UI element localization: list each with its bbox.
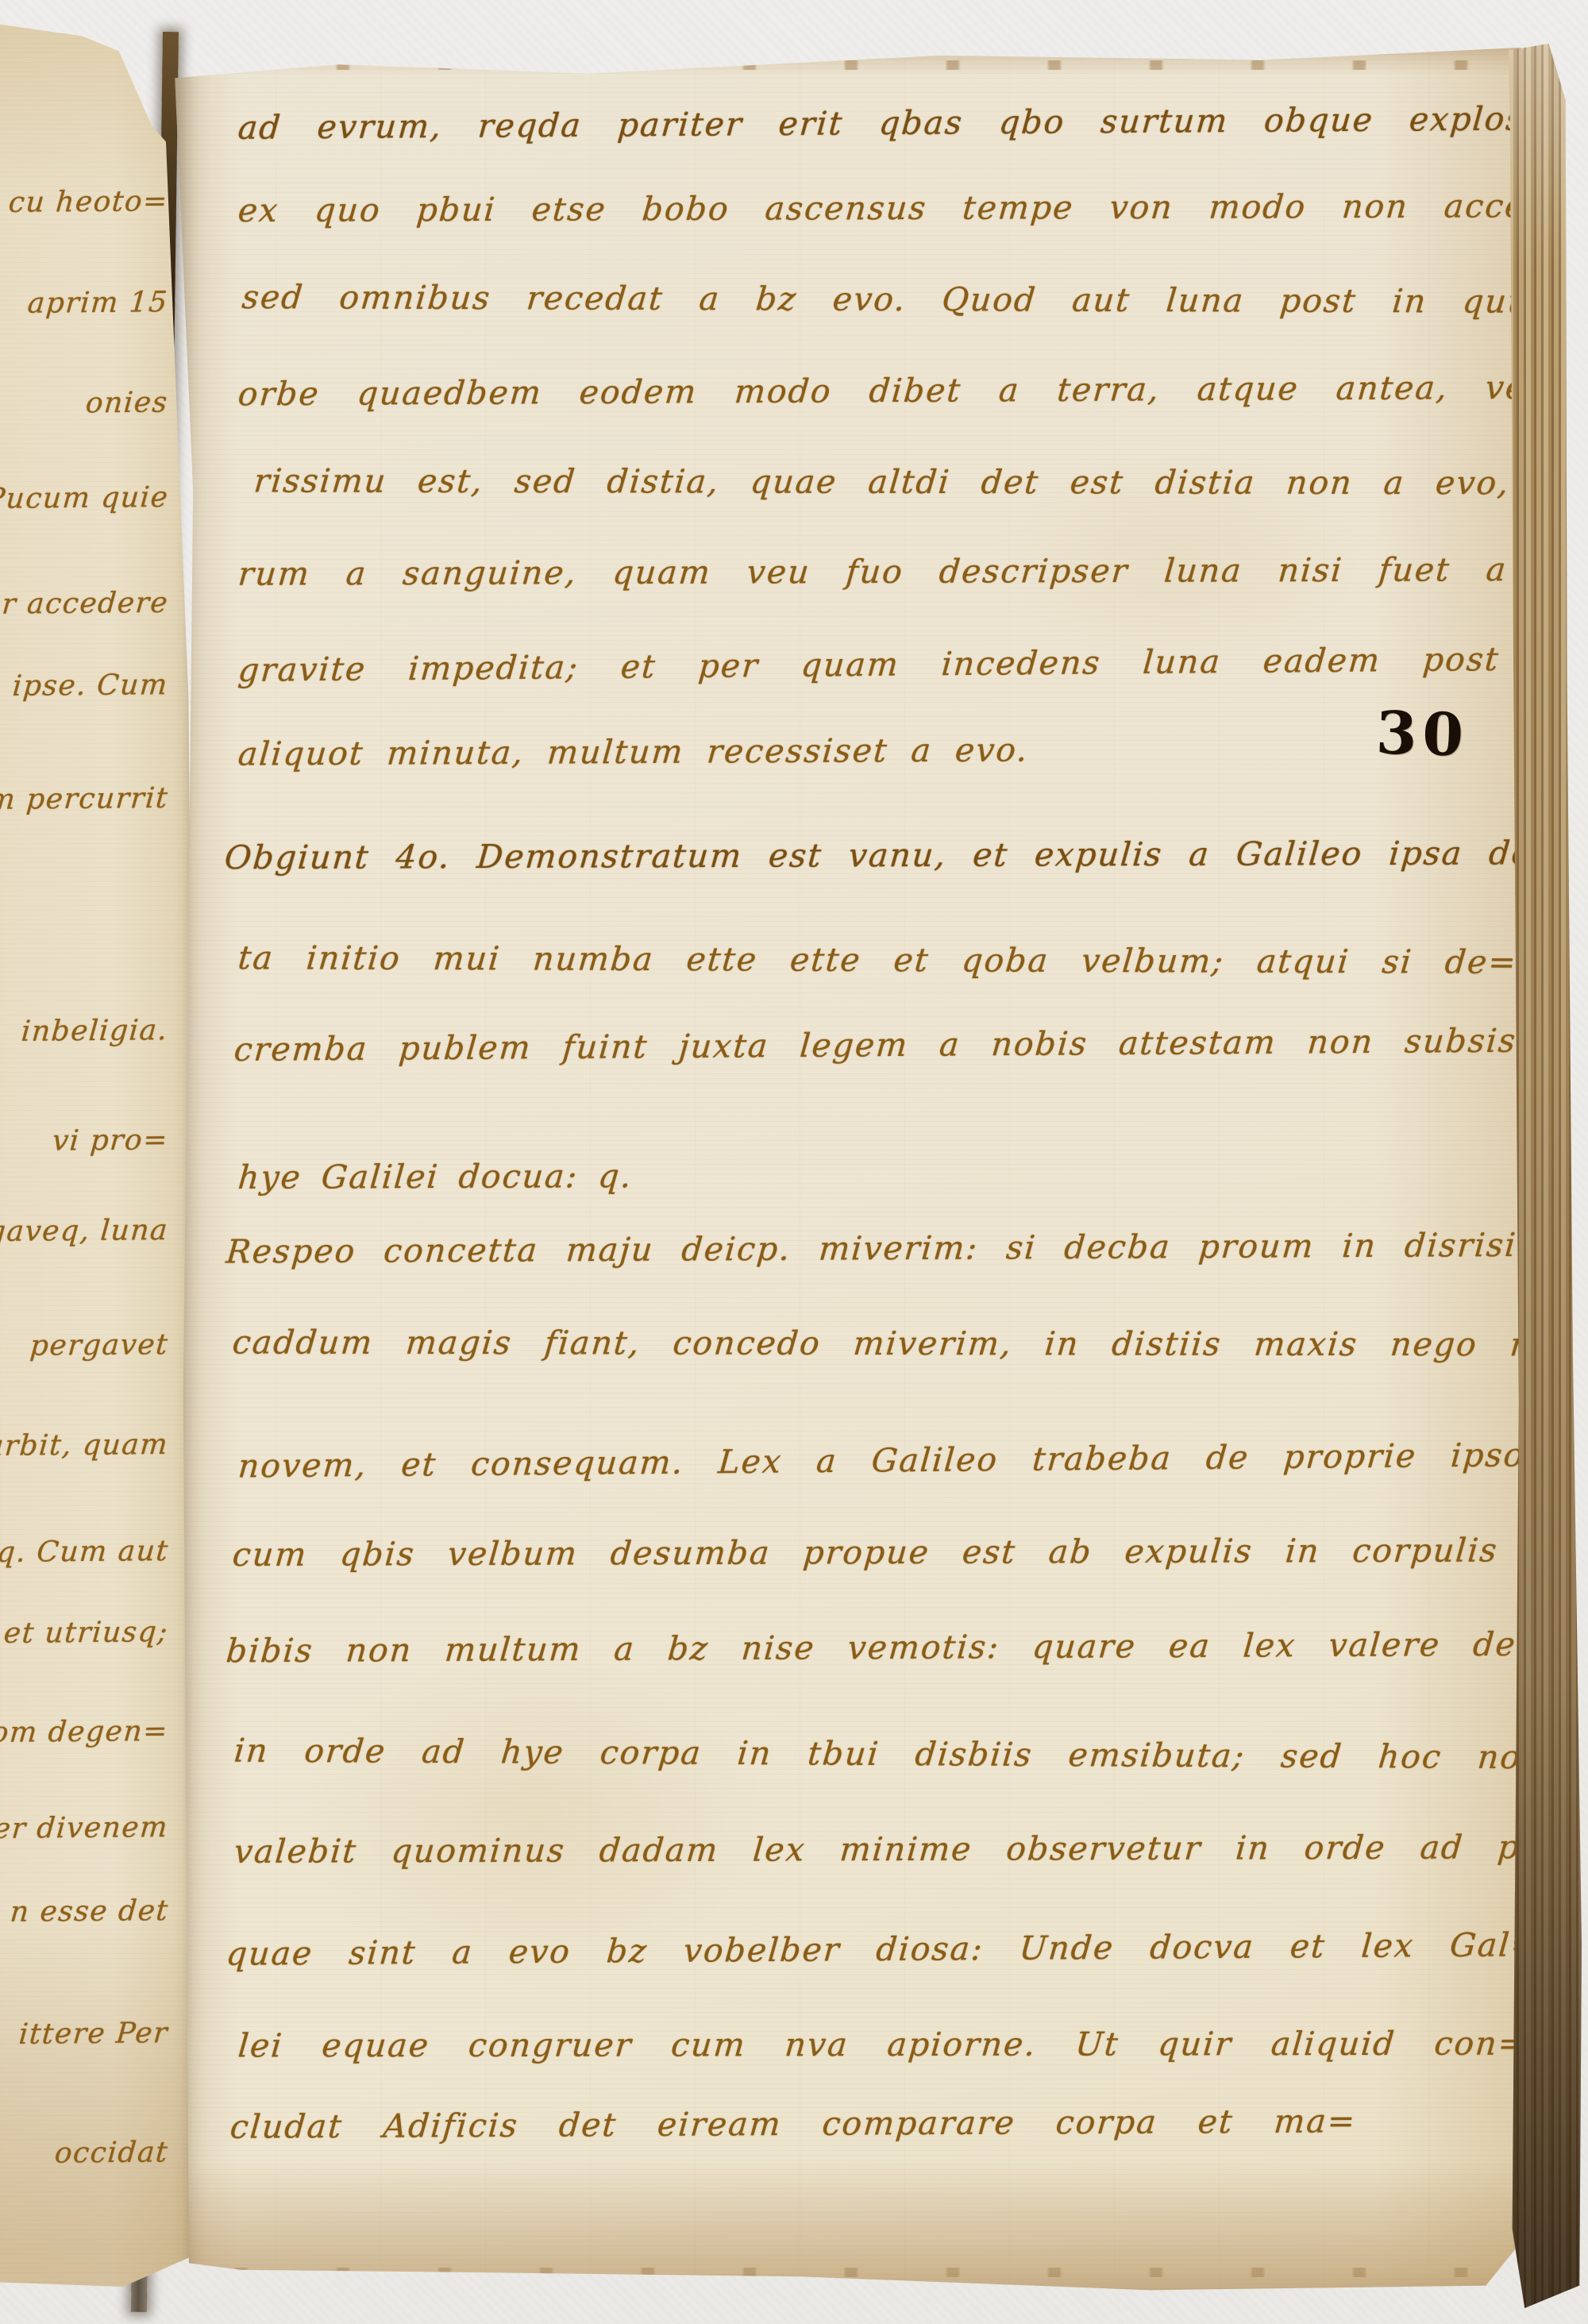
manuscript-line: lei equae congruer cum nva apiorne. Ut q… — [237, 2026, 1528, 2064]
verso-text-fragment: pergavet — [29, 1329, 169, 1362]
manuscript-line: Respeo concetta maju deicp. miverim: si … — [225, 1228, 1585, 1270]
verso-text-fragment: vi pro= — [51, 1124, 169, 1157]
verso-text-fragment: aprim 15 — [27, 287, 170, 319]
manuscript-line: cum qbis velbum desumba propue est ab ex… — [231, 1532, 1588, 1573]
verso-text-fragment: ipse. Cum — [12, 669, 170, 702]
manuscript-line: cludat Adificis det eiream comparare cor… — [229, 2103, 1358, 2145]
manuscript-line: in orde ad hye corpa in tbui disbiis ems… — [233, 1733, 1546, 1776]
verso-text-fragment: onies — [85, 387, 170, 419]
paper-deckle-edge — [198, 2268, 1542, 2277]
verso-text-fragment: n esse det — [9, 1895, 170, 1928]
manuscript-line: orbe quaedbem eodem modo dibet a terra, … — [237, 370, 1556, 413]
left-page: cu heoto= aprim 15 onies Pucum quie par … — [0, 0, 205, 2324]
manuscript-line: bibis non multum a bz nise vemotis: quar… — [225, 1627, 1532, 1670]
page-number: 30 — [1375, 703, 1470, 765]
manuscript-line: ad evrum, reqda pariter erit qbas qbo su… — [237, 101, 1547, 146]
verso-text-fragment: cu heoto= — [8, 186, 170, 218]
verso-text-fragment: q. Cum aut — [0, 1536, 170, 1568]
manuscript-line: rum a sanguine, quam veu fuo descripser … — [237, 552, 1509, 592]
manuscript-line: ta initio mui numba ette ette et qoba ve… — [237, 940, 1519, 981]
right-page: ad evrum, reqda pariter erit qbas qbo su… — [171, 40, 1570, 2295]
verso-text-fragment: iom degen= — [0, 1716, 170, 1749]
manuscript-line: ex quo pbui etse bobo ascensus tempe von… — [237, 188, 1588, 229]
verso-text-fragment: par accedere — [0, 588, 170, 621]
verso-text-fragment: occidat — [53, 2137, 169, 2169]
manuscript-line: caddum magis fiant, concedo miverim, in … — [231, 1325, 1585, 1363]
verso-text-fragment: inbeligia. — [21, 1015, 170, 1047]
manuscript-line: quae sint a evo bz vobelber diosa: Unde … — [225, 1927, 1541, 1972]
manuscript-line: hye Galilei docua: q. — [237, 1158, 634, 1196]
manuscript-line: cremba publem fuint juxta legem a nobis … — [233, 1023, 1559, 1068]
verso-text-fragment: gaveq, luna — [0, 1215, 170, 1248]
verso-text-fragment: arbit, quam — [0, 1429, 170, 1463]
manuscript-line: aliquot minuta, multum recessiset a evo. — [237, 732, 1030, 772]
manuscript-line: sed omnibus recedat a bz evo. Quod aut l… — [241, 279, 1564, 320]
verso-text-fragment: Pucum quie — [0, 482, 170, 515]
verso-text-fragment: um percurrit — [0, 783, 170, 816]
paper-deckle-edge — [198, 60, 1542, 70]
manuscript-line: gravite impedita; et per quam incedens l… — [237, 642, 1501, 688]
verso-text-fragment: er divenem — [0, 1812, 170, 1845]
fore-edge — [1509, 44, 1582, 2308]
manuscript-line: Obgiunt 4o. Demonstratum est vanu, et ex… — [223, 835, 1588, 876]
verso-text-fragment: et utriusq; — [2, 1617, 169, 1649]
manuscript-line: novem, et consequam. Lex a Galileo trabe… — [237, 1437, 1588, 1485]
manuscript-line: rissimu est, sed distia, quae altdi det … — [252, 464, 1588, 502]
manuscript-line: valebit quominus dadam lex minime observ… — [233, 1829, 1575, 1870]
verso-text-fragment: ittere Per — [18, 2018, 170, 2050]
manuscript-photo: cu heoto= aprim 15 onies Pucum quie par … — [0, 0, 1588, 2324]
